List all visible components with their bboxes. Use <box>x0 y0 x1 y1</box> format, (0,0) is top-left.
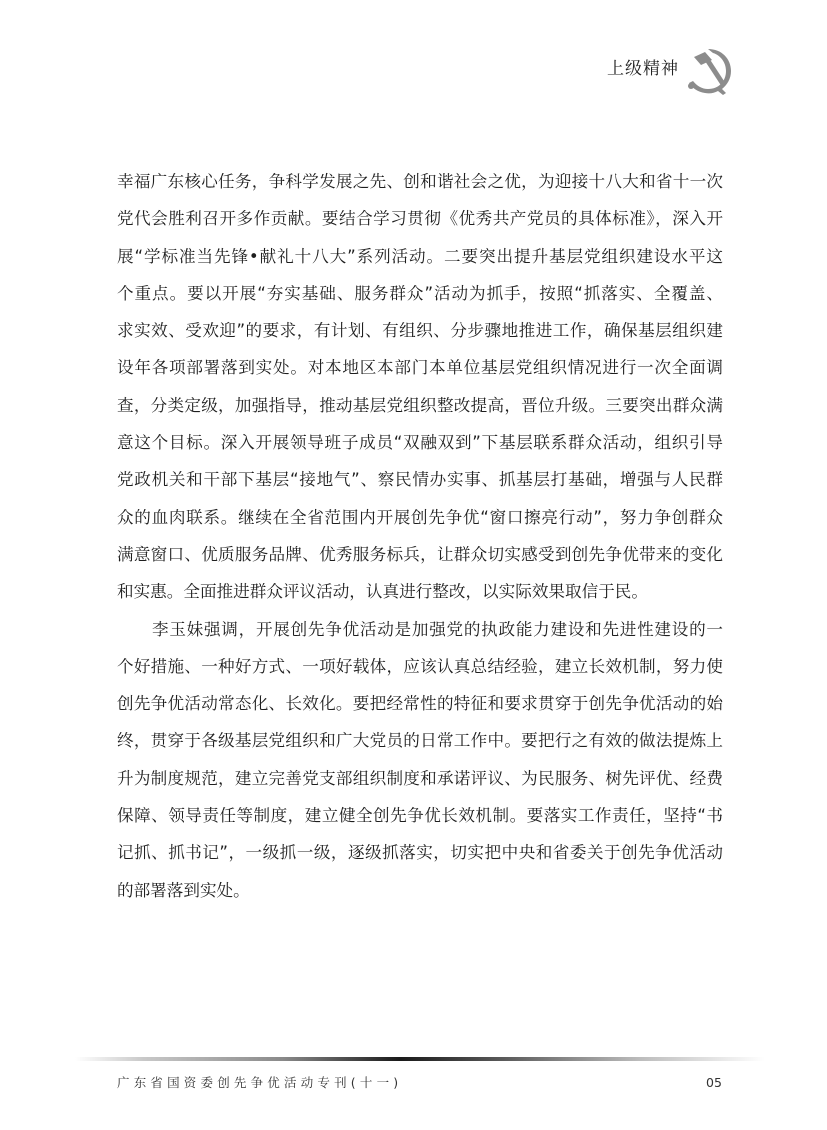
text-line: 意这个目标。深入开展领导班子成员“双融双到”下基层联系群众活动，组织引导 <box>117 424 723 461</box>
text-line: 满意窗口、优质服务品牌、优秀服务标兵，让群众切实感受到创先争优带来的变化 <box>117 536 723 573</box>
section-title: 上级精神 <box>607 58 679 80</box>
text-line: 设年各项部署落到实处。对本地区本部门本单位基层党组织情况进行一次全面调 <box>117 349 723 386</box>
text-line: 求实效、受欢迎”的要求，有计划、有组织、分步骤地推进工作，确保基层组织建 <box>117 312 723 349</box>
text-line: 众的血肉联系。继续在全省范围内开展创先争优“窗口擦亮行动”，努力争创群众 <box>117 499 723 536</box>
text-line: 党政机关和干部下基层“接地气”、察民情办实事、抓基层打基础，增强与人民群 <box>117 461 723 498</box>
publication-title: 广东省国资委创先争优活动专刊(十一) <box>117 1074 402 1092</box>
text-line: 党代会胜利召开多作贡献。要结合学习贯彻《优秀共产党员的具体标准》，深入开 <box>117 200 723 237</box>
text-line: 李玉妹强调，开展创先争优活动是加强党的执政能力建设和先进性建设的一 <box>117 611 723 648</box>
text-line: 终，贯穿于各级基层党组织和广大党员的日常工作中。要把行之有效的做法提炼上 <box>117 722 723 759</box>
text-line: 个好措施、一种好方式、一项好载体，应该认真总结经验，建立长效机制，努力使 <box>117 648 723 685</box>
text-line: 创先争优活动常态化、长效化。要把经常性的特征和要求贯穿于创先争优活动的始 <box>117 685 723 722</box>
paragraph-1: 幸福广东核心任务，争科学发展之先、创和谐社会之优，为迎接十八大和省十一次 党代会… <box>117 163 723 611</box>
text-line: 个重点。要以开展“夯实基础、服务群众”活动为抓手，按照“抓落实、全覆盖、 <box>117 275 723 312</box>
text-line: 记抓、抓书记”，一级抓一级，逐级抓落实，切实把中央和省委关于创先争优活动 <box>117 834 723 871</box>
text-line: 查，分类定级，加强指导，推动基层党组织整改提高，晋位升级。三要突出群众满 <box>117 387 723 424</box>
text-line: 幸福广东核心任务，争科学发展之先、创和谐社会之优，为迎接十八大和省十一次 <box>117 163 723 200</box>
party-emblem-icon <box>686 46 734 96</box>
article-body: 幸福广东核心任务，争科学发展之先、创和谐社会之优，为迎接十八大和省十一次 党代会… <box>117 163 723 909</box>
text-line: 展“学标准当先锋•献礼十八大”系列活动。二要突出提升基层党组织建设水平这 <box>117 238 723 275</box>
paragraph-2: 李玉妹强调，开展创先争优活动是加强党的执政能力建设和先进性建设的一 个好措施、一… <box>117 611 723 909</box>
text-line: 升为制度规范，建立完善党支部组织制度和承诺评议、为民服务、树先评优、经费 <box>117 760 723 797</box>
text-line: 保障、领导责任等制度，建立健全创先争优长效机制。要落实工作责任，坚持“书 <box>117 797 723 834</box>
text-line: 和实惠。全面推进群众评议活动，认真进行整改，以实际效果取信于民。 <box>117 573 723 610</box>
footer-divider <box>75 1057 765 1061</box>
text-line: 的部署落到实处。 <box>117 872 723 909</box>
page-number: 05 <box>706 1074 722 1092</box>
